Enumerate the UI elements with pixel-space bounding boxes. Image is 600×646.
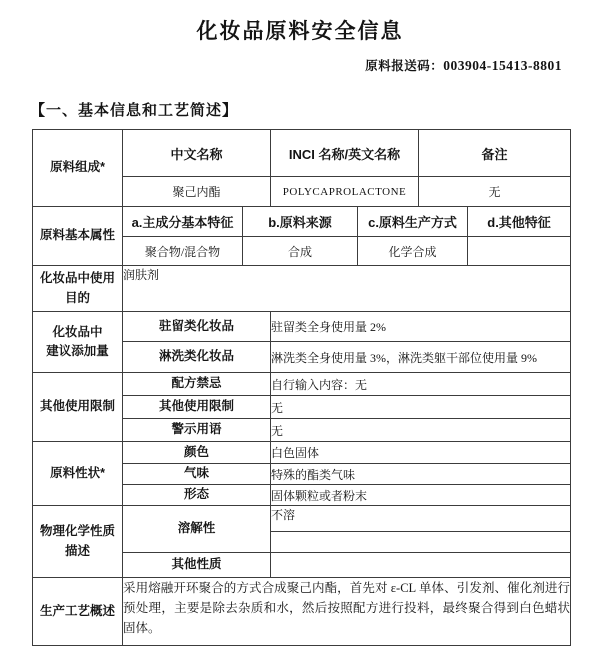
sublabel-odor: 气味 bbox=[123, 464, 271, 485]
rowhead-other-restrictions: 其他使用限制 bbox=[33, 373, 123, 442]
header-production-method: c.原料生产方式 bbox=[358, 207, 468, 237]
page-root: { "colors": { "background": "#ffffff", "… bbox=[0, 0, 600, 646]
header-cn-name: 中文名称 bbox=[123, 130, 271, 177]
sublabel-rinseoff: 淋洗类化妆品 bbox=[123, 342, 271, 373]
sublabel-formula-taboo: 配方禁忌 bbox=[123, 373, 271, 396]
value-main-feature: 聚合物/混合物 bbox=[123, 237, 243, 266]
page-title: 化妆品原料安全信息 bbox=[0, 0, 600, 45]
header-remark: 备注 bbox=[419, 130, 571, 177]
value-usage-purpose: 润肤剂 bbox=[123, 266, 571, 312]
row-composition-headers: 原料组成* 中文名称 INCI 名称/英文名称 备注 bbox=[33, 130, 571, 177]
value-production-method: 化学合成 bbox=[358, 237, 468, 266]
basic-info-table: 原料组成* 中文名称 INCI 名称/英文名称 备注 聚己内酯 POLYCAPR… bbox=[32, 129, 571, 646]
sublabel-other-properties: 其他性质 bbox=[123, 553, 271, 578]
header-inci-name: INCI 名称/英文名称 bbox=[271, 130, 419, 177]
sublabel-other-restriction: 其他使用限制 bbox=[123, 396, 271, 419]
value-color: 白色固体 bbox=[271, 442, 571, 464]
value-cn-name: 聚己内酯 bbox=[123, 177, 271, 207]
value-leaveon: 驻留类全身使用量 2% bbox=[271, 312, 571, 342]
rowhead-physchem: 物理化学性质 描述 bbox=[33, 506, 123, 578]
value-solubility-extra bbox=[271, 532, 571, 553]
value-solubility: 不溶 bbox=[271, 506, 571, 532]
value-other-feature bbox=[468, 237, 571, 266]
sublabel-color: 颜色 bbox=[123, 442, 271, 464]
report-code-value: 003904-15413-8801 bbox=[443, 58, 562, 73]
value-other-restriction: 无 bbox=[271, 396, 571, 419]
value-warning-words: 无 bbox=[271, 419, 571, 442]
header-other-feature: d.其他特征 bbox=[468, 207, 571, 237]
row-property-headers: 原料基本属性 a.主成分基本特征 b.原料来源 c.原料生产方式 d.其他特征 bbox=[33, 207, 571, 237]
sublabel-leaveon: 驻留类化妆品 bbox=[123, 312, 271, 342]
row-leaveon-amount: 化妆品中 建议添加量 驻留类化妆品 驻留类全身使用量 2% bbox=[33, 312, 571, 342]
value-formula-taboo: 自行输入内容：无 bbox=[271, 373, 571, 396]
rowhead-composition: 原料组成* bbox=[33, 130, 123, 207]
value-inci-name: POLYCAPROLACTONE bbox=[271, 177, 419, 207]
value-process-overview: 采用熔融开环聚合的方式合成聚己内酯，首先对 ε-CL 单体、引发剂、催化剂进行预… bbox=[123, 578, 571, 646]
value-odor: 特殊的酯类气味 bbox=[271, 464, 571, 485]
header-main-feature: a.主成分基本特征 bbox=[123, 207, 243, 237]
rowhead-material-properties: 原料性状* bbox=[33, 442, 123, 506]
section-title: 【一、基本信息和工艺简述】 bbox=[30, 99, 600, 120]
value-other-properties bbox=[271, 553, 571, 578]
row-process-overview: 生产工艺概述 采用熔融开环聚合的方式合成聚己内酯，首先对 ε-CL 单体、引发剂… bbox=[33, 578, 571, 646]
rowhead-process-overview: 生产工艺概述 bbox=[33, 578, 123, 646]
report-code-line: 原料报送码：003904-15413-8801 bbox=[0, 56, 600, 74]
rowhead-basic-property: 原料基本属性 bbox=[33, 207, 123, 266]
sublabel-form: 形态 bbox=[123, 485, 271, 506]
value-source: 合成 bbox=[243, 237, 358, 266]
sublabel-warning-words: 警示用语 bbox=[123, 419, 271, 442]
value-rinseoff: 淋洗类全身使用量 3%，淋洗类躯干部位使用量 9% bbox=[271, 342, 571, 373]
sublabel-solubility: 溶解性 bbox=[123, 506, 271, 553]
value-form: 固体颗粒或者粉末 bbox=[271, 485, 571, 506]
header-source: b.原料来源 bbox=[243, 207, 358, 237]
row-solubility: 物理化学性质 描述 溶解性 不溶 bbox=[33, 506, 571, 532]
rowhead-suggested-amount: 化妆品中 建议添加量 bbox=[33, 312, 123, 373]
report-code-label: 原料报送码： bbox=[365, 59, 443, 73]
value-remark: 无 bbox=[419, 177, 571, 207]
row-formula-taboo: 其他使用限制 配方禁忌 自行输入内容：无 bbox=[33, 373, 571, 396]
row-usage-purpose: 化妆品中使用 目的 润肤剂 bbox=[33, 266, 571, 312]
row-color: 原料性状* 颜色 白色固体 bbox=[33, 442, 571, 464]
rowhead-usage-purpose: 化妆品中使用 目的 bbox=[33, 266, 123, 312]
